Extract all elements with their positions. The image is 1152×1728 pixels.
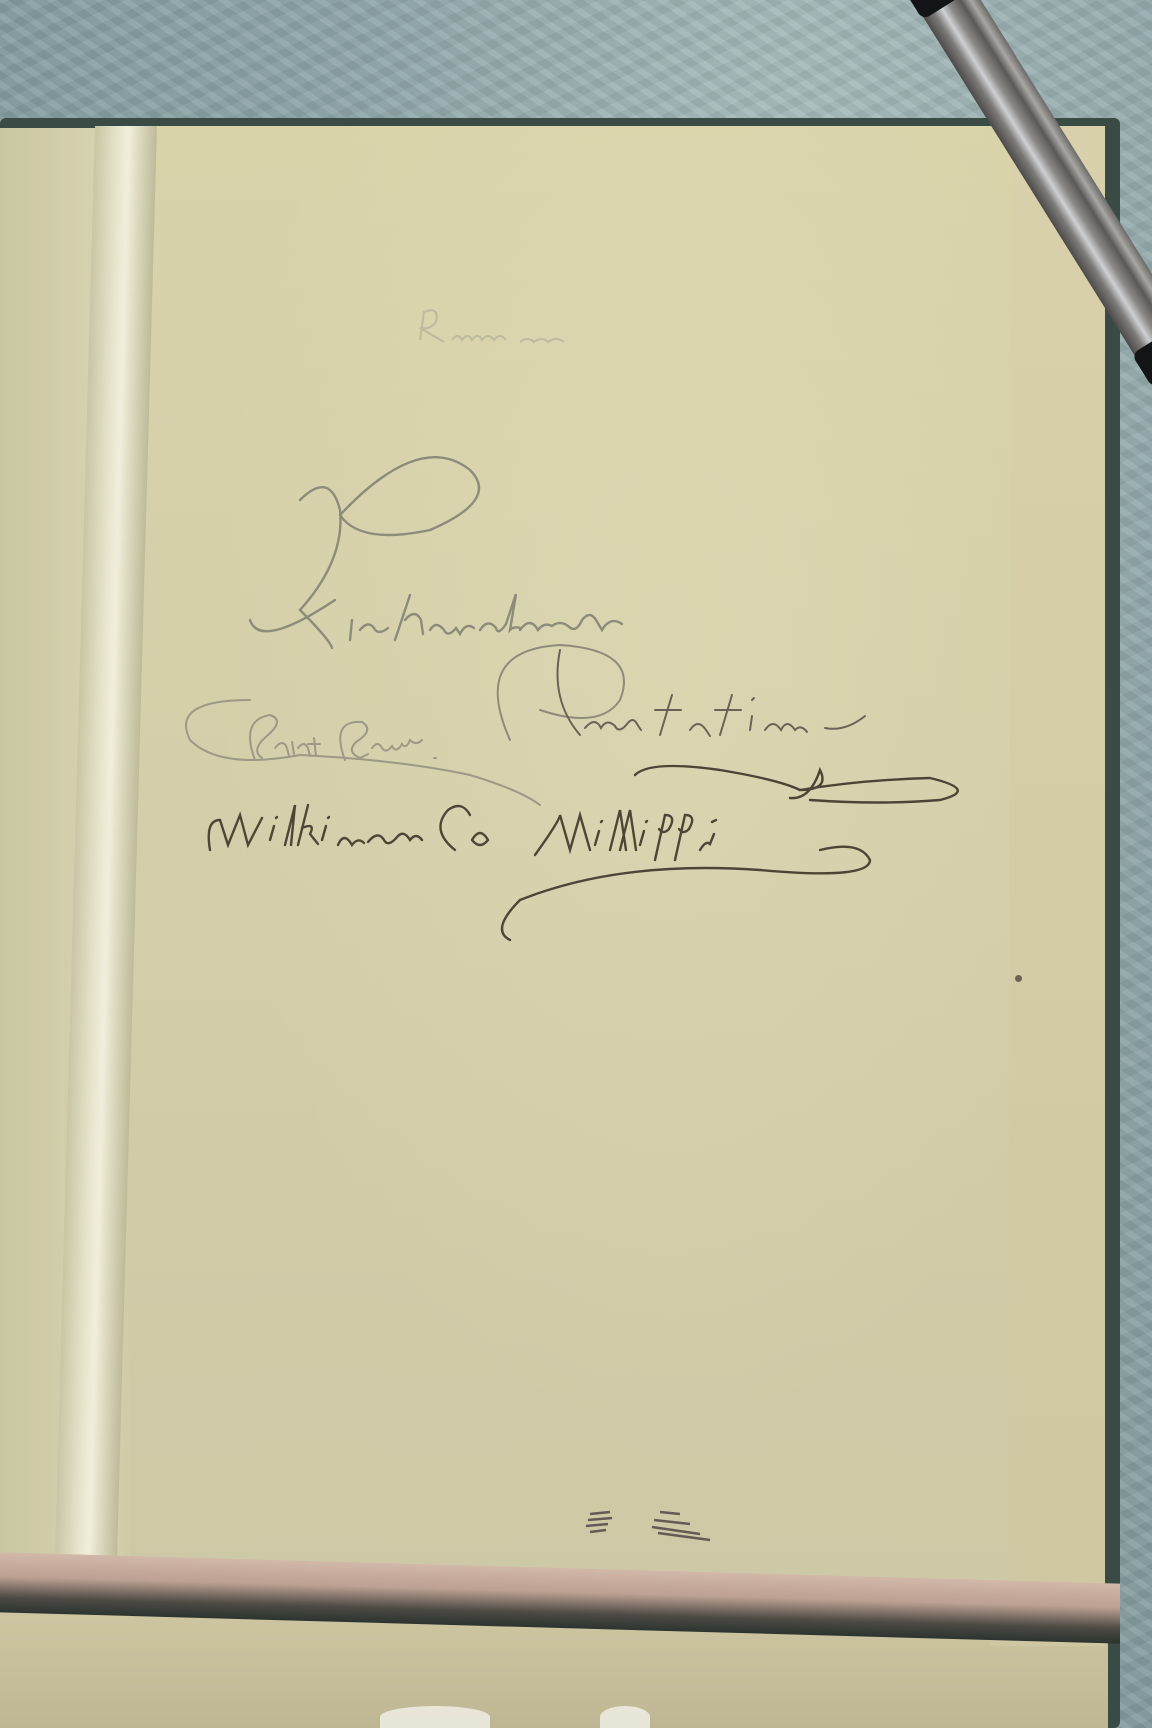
inscription-wilkinson-co-mississippi: Wilkinson Co Mississippi xyxy=(205,810,710,856)
ink-dot xyxy=(1015,975,1022,982)
handwritten-inscription: Richardson Saint Louis. Plantation Wilki… xyxy=(0,0,1152,1728)
inscription-strokes xyxy=(0,0,1152,1728)
inscription-saint-louis: Saint Louis. xyxy=(240,720,445,760)
inscription-line-richardson: Richardson xyxy=(250,590,526,646)
ink-smudge-marks xyxy=(580,1490,780,1550)
flourish-strokes xyxy=(635,766,958,803)
inscription-plantation: Plantation xyxy=(560,690,768,736)
faint-pencil-note: (illegible) xyxy=(418,305,593,345)
